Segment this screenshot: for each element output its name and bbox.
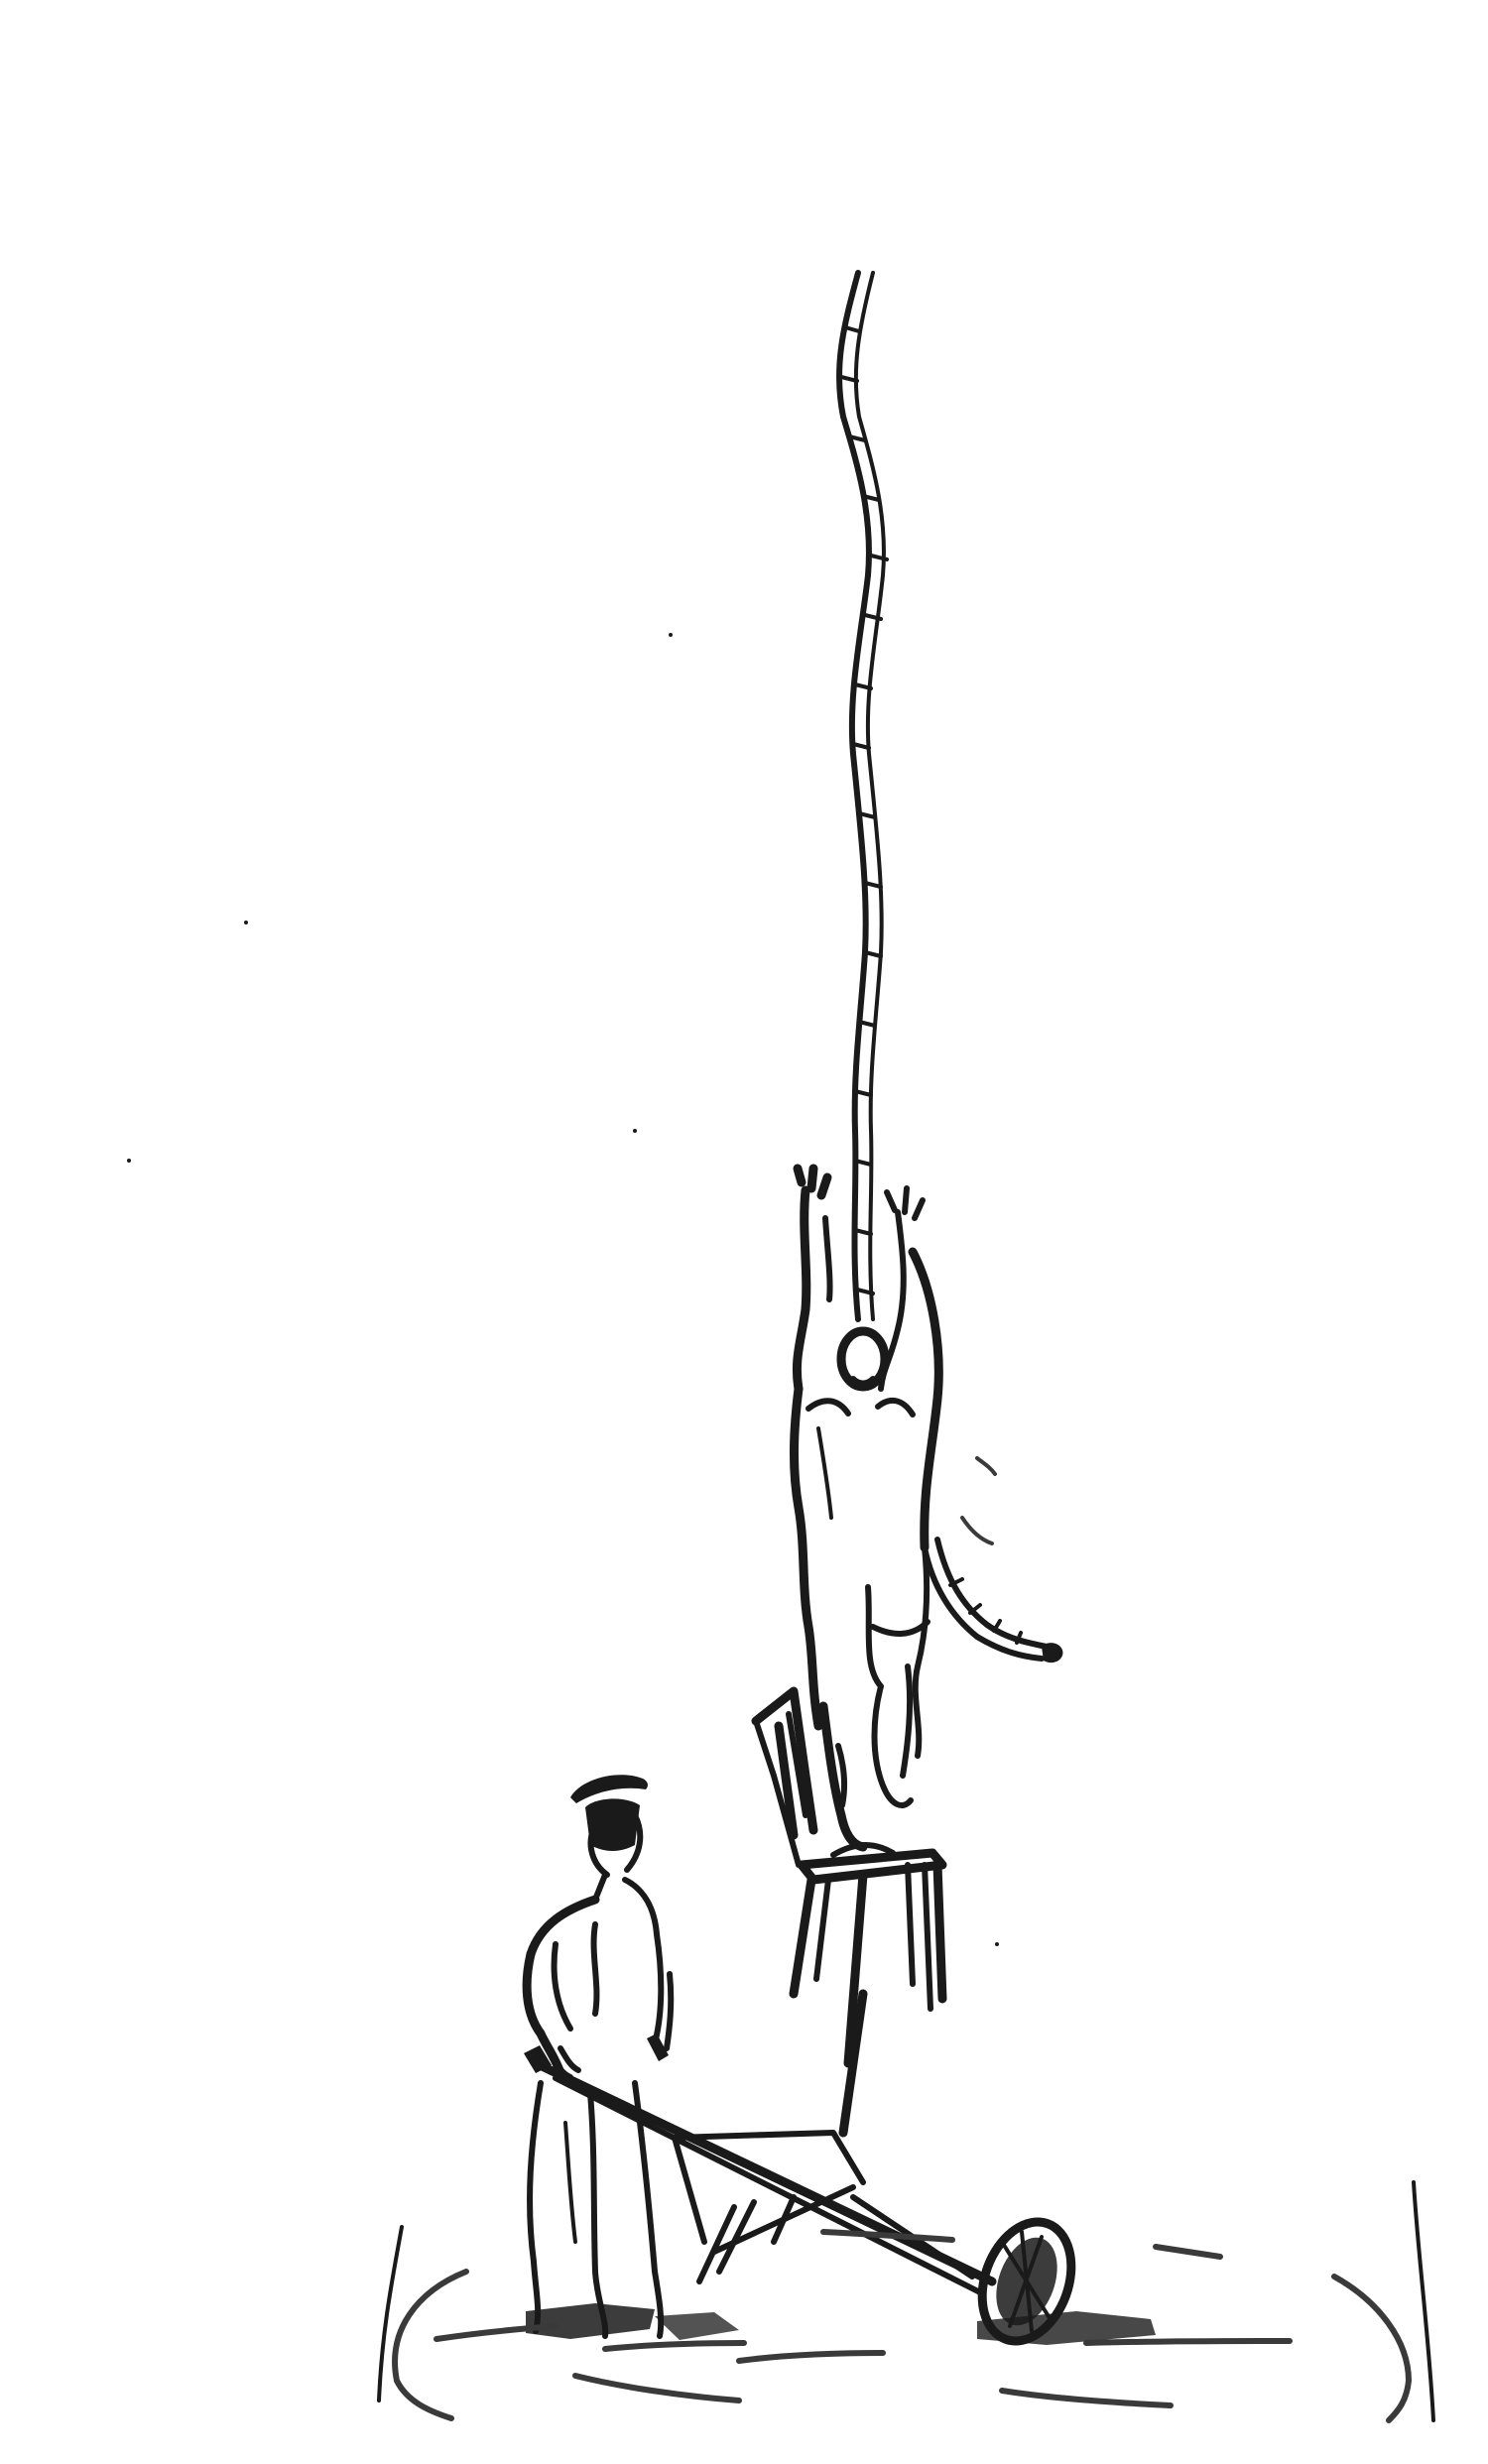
ink-specks: [127, 633, 999, 1946]
rope: [839, 273, 887, 1319]
chair: [756, 1691, 942, 2063]
acrobat-figure: [794, 1169, 1062, 1847]
man-with-cap: [527, 1775, 671, 2336]
wheelbarrow: [524, 1994, 1087, 2354]
ink-drawing: [0, 0, 1488, 2464]
